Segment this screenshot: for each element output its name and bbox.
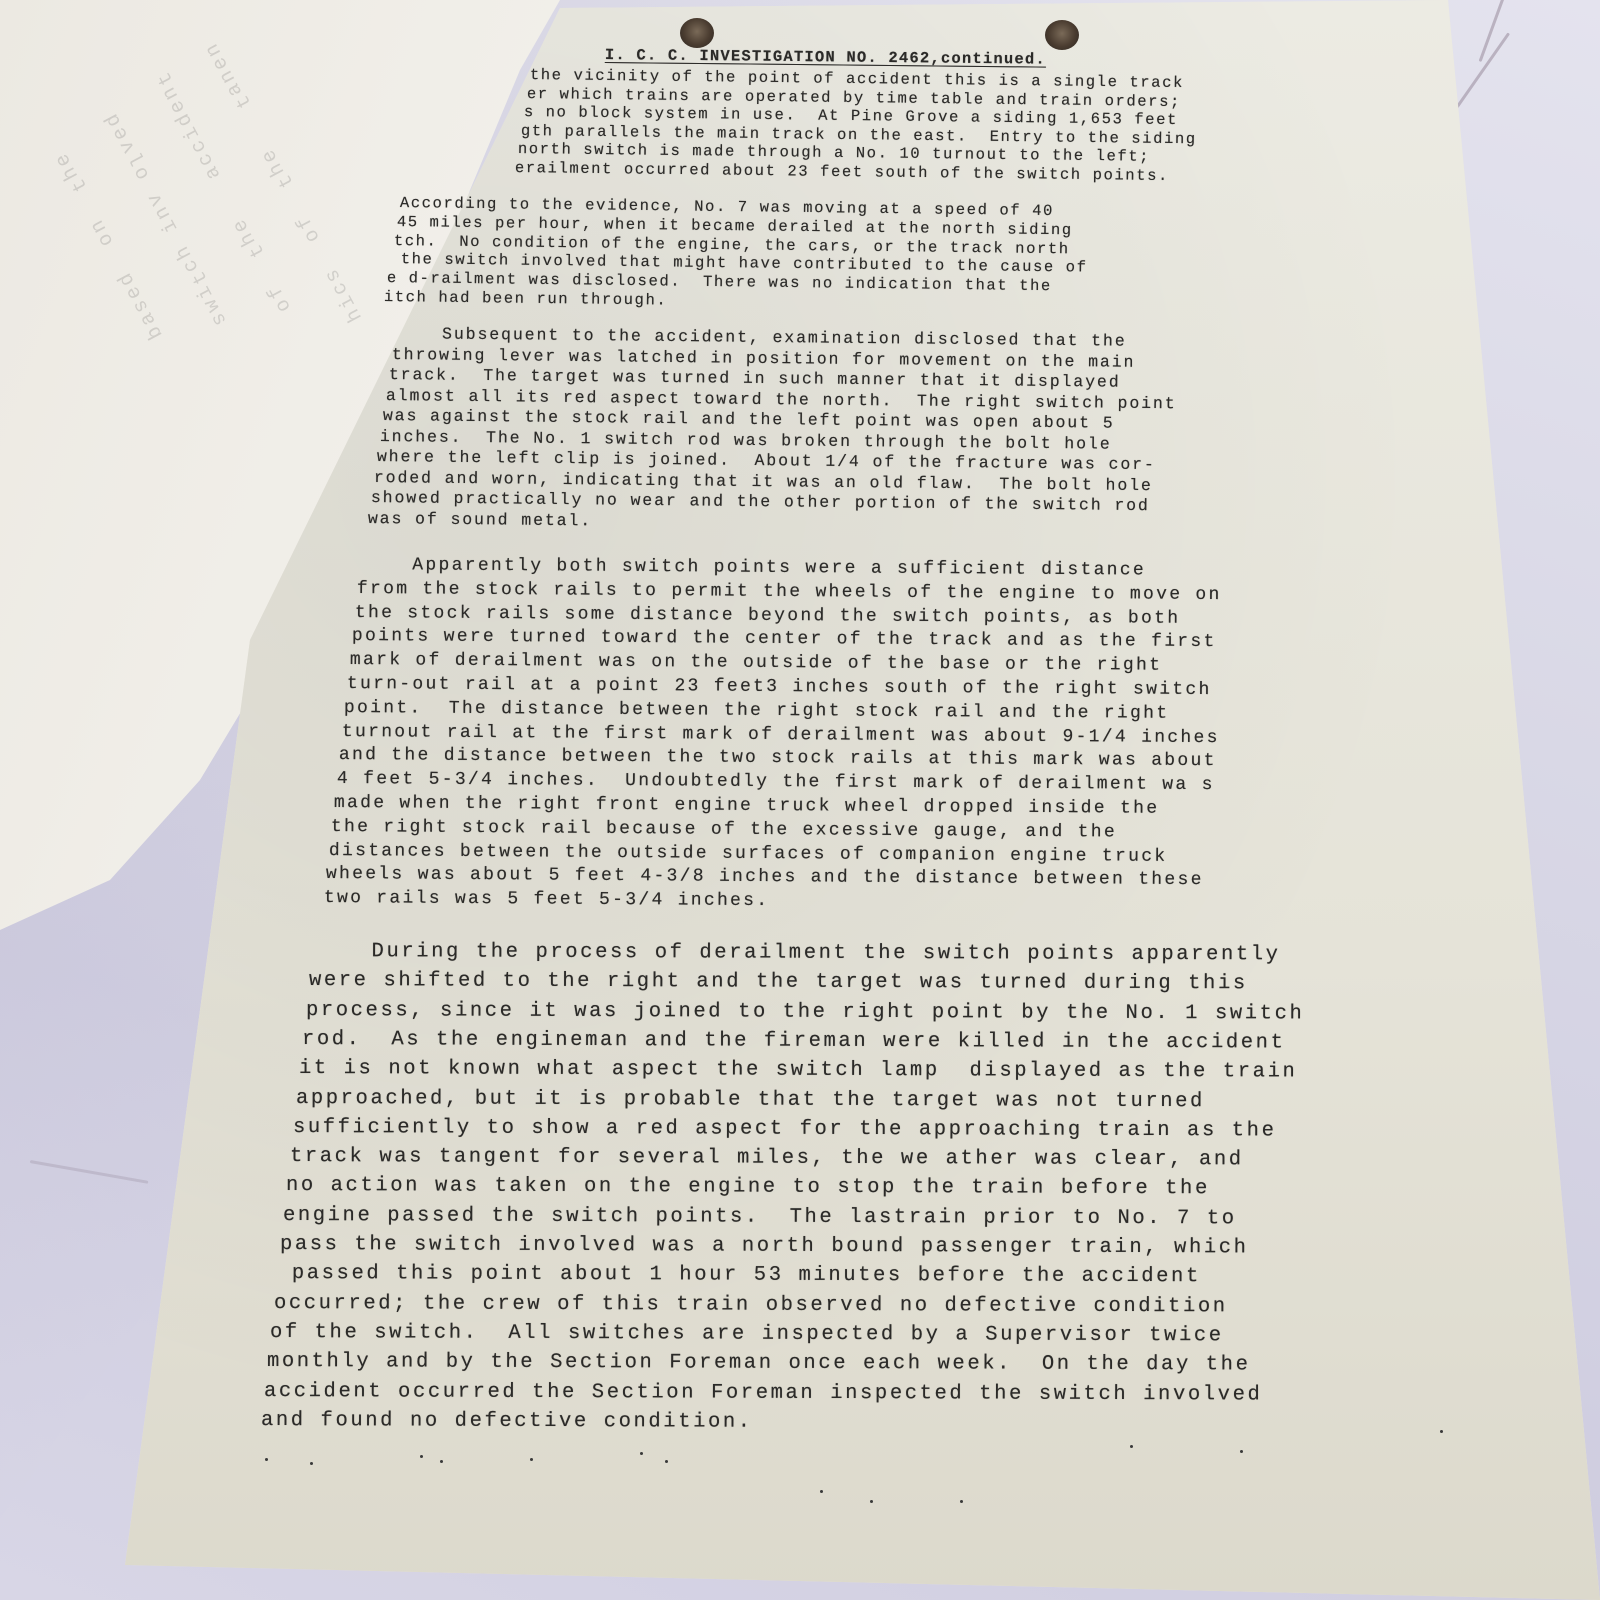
paragraph-line: of the switch. All switches are inspecte… — [270, 1321, 1224, 1347]
paragraph-line: itch had been run through. — [384, 288, 668, 309]
paragraph-line: accident occurred the Section Foreman in… — [264, 1380, 1263, 1406]
paragraph-line: two rails was 5 feet 5-3/4 inches. — [323, 888, 769, 911]
ink-speck — [310, 1462, 313, 1465]
ink-speck — [640, 1452, 643, 1455]
paragraph-line: occurred; the crew of this train observe… — [274, 1292, 1228, 1318]
ink-speck — [265, 1458, 268, 1461]
paragraph-line: distances between the outside surfaces o… — [329, 841, 1168, 867]
paragraph-line: it is not known what aspect the switch l… — [299, 1057, 1298, 1083]
typed-document: I. C. C. INVESTIGATION NO. 2462,continue… — [0, 0, 1600, 1600]
paragraph-line: no action was taken on the engine to sto… — [286, 1174, 1210, 1200]
paragraph-line: and found no defective condition. — [261, 1409, 753, 1434]
paragraph-line: wheels was about 5 feet 4-3/8 inches and… — [326, 864, 1204, 890]
paragraph-line: monthly and by the Section Foreman once … — [267, 1350, 1251, 1376]
ink-speck — [960, 1500, 963, 1503]
paragraph-line: approached, but it is probable that the … — [296, 1087, 1205, 1113]
paragraph-line: Apparently both switch points were a suf… — [360, 555, 1146, 580]
ink-speck — [530, 1458, 533, 1461]
paragraph-line: were shifted to the right and the target… — [309, 969, 1248, 995]
paragraph-line: the stock rails some distance beyond the… — [355, 603, 1181, 629]
paragraph-line: pass the switch involved was a north bou… — [280, 1233, 1249, 1259]
paragraph-line: sufficiently to show a red aspect for th… — [293, 1116, 1277, 1142]
ink-speck — [820, 1490, 823, 1493]
paragraph-line: points were turned toward the center of … — [352, 626, 1217, 652]
ink-speck — [1440, 1430, 1443, 1433]
paragraph-line: rod. As the engineman and the fireman we… — [302, 1028, 1286, 1054]
paragraph-line: and the distance between the two stock r… — [339, 745, 1217, 771]
ink-speck — [870, 1500, 873, 1503]
paragraph-line: passed this point about 1 hour 53 minute… — [277, 1262, 1201, 1288]
paragraph-line: the right stock rail because of the exce… — [331, 817, 1117, 842]
paragraph-line: mark of derailment was on the outside of… — [349, 650, 1161, 676]
ink-speck — [1130, 1445, 1133, 1448]
paragraph-line: process, since it was joined to the righ… — [306, 999, 1305, 1025]
ink-speck — [665, 1460, 668, 1463]
paragraph-line: track was tangent for several miles, the… — [290, 1145, 1244, 1171]
paragraph-line: was of sound metal. — [368, 509, 592, 530]
paragraph-line: engine passed the switch points. The las… — [283, 1204, 1237, 1230]
paragraph-line: made when the right front engine truck w… — [334, 793, 1160, 819]
paragraph-line: During the process of derailment the swi… — [312, 940, 1281, 966]
paragraph-line: from the stock rails to permit the wheel… — [357, 579, 1222, 605]
document-title: I. C. C. INVESTIGATION NO. 2462,continue… — [605, 46, 1046, 69]
paragraph-line: turn-out rail at a point 23 feet3 inches… — [347, 674, 1212, 700]
paragraph-line: turnout rail at the first mark of derail… — [342, 722, 1220, 748]
paragraph-line: 4 feet 5-3/4 inches. Undoubtedly the fir… — [336, 769, 1214, 795]
ink-speck — [440, 1460, 443, 1463]
paragraph-line: point. The distance between the right st… — [344, 698, 1170, 724]
ink-speck — [1240, 1450, 1243, 1453]
ink-speck — [420, 1455, 423, 1458]
